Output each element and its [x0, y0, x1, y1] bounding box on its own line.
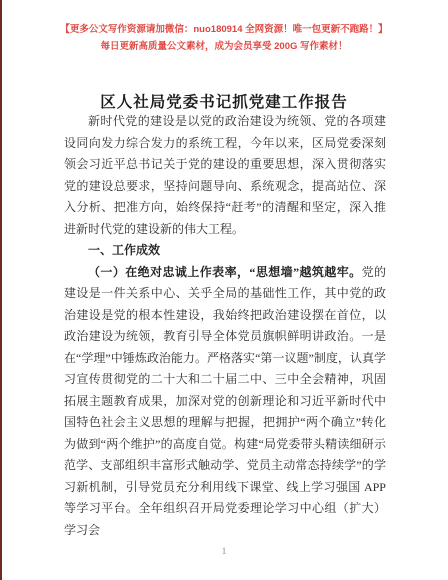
- document-title: 区人社局党委书记抓党建工作报告: [0, 90, 448, 112]
- page-number: 1: [0, 546, 448, 556]
- section-heading: 一、工作成效: [64, 240, 386, 262]
- ad-banner: 【更多公文写作资源请加微信：nuo180914 全网资源！唯一包更新不跑路！】 …: [0, 21, 448, 55]
- document-body: 新时代党的建设是以党的政治建设为统领、党的各项建设同向发力综合发力的系统工程，今…: [64, 111, 386, 541]
- ad-banner-line1: 【更多公文写作资源请加微信：nuo180914 全网资源！唯一包更新不跑路！】: [0, 21, 448, 38]
- intro-paragraph: 新时代党的建设是以党的政治建设为统领、党的各项建设同向发力综合发力的系统工程，今…: [64, 111, 386, 240]
- left-edge-line: [0, 0, 2, 580]
- subsection-body: 党的建设是一件关系中心、关乎全局的基础性工作，其中党的政治建设是党的根本性建设，…: [64, 265, 386, 537]
- ad-banner-line2: 每日更新高质量公文素材，成为会员享受 200G 写作素材！: [0, 38, 448, 55]
- subsection-paragraph: （一）在绝对忠诚上作表率，“思想墙”越筑越牢。党的建设是一件关系中心、关乎全局的…: [64, 262, 386, 542]
- document-page: 【更多公文写作资源请加微信：nuo180914 全网资源！唯一包更新不跑路！】 …: [0, 0, 448, 580]
- subsection-lead: （一）在绝对忠诚上作表率，“思想墙”越筑越牢。: [88, 265, 362, 279]
